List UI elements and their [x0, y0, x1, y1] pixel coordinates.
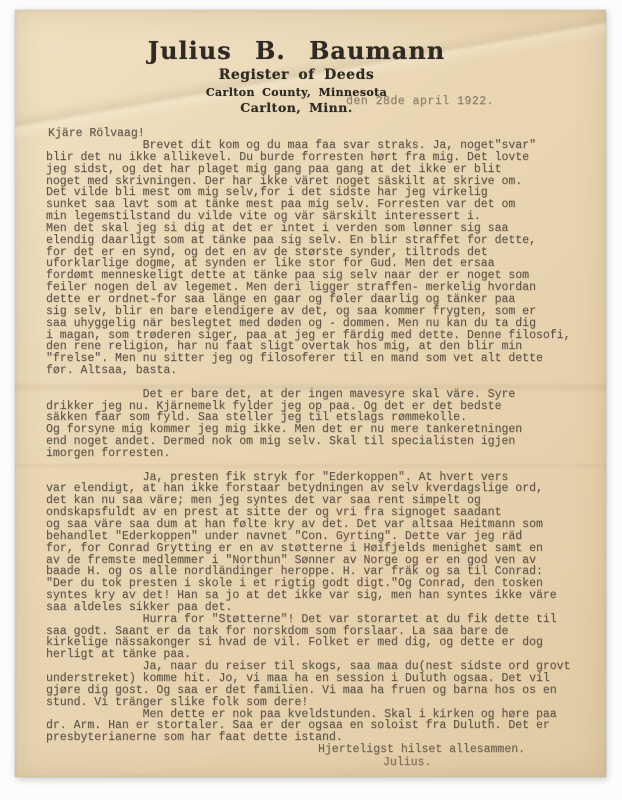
letterhead-city: Carlton, Minn.	[1, 101, 592, 115]
letterhead-name: Julius B. Baumann	[1, 38, 592, 64]
scan-background: Julius B. Baumann Register of Deeds Carl…	[0, 0, 622, 800]
letterhead: Julius B. Baumann Register of Deeds Carl…	[1, 38, 592, 115]
letter-closing: Hjerteligst hilset allesammen.	[318, 744, 525, 756]
letter-signature: Julius.	[383, 757, 431, 769]
letterhead-county: Carlton County, Minnesota	[1, 86, 592, 99]
letter-paper: Julius B. Baumann Register of Deeds Carl…	[15, 10, 606, 777]
letter-date: den 28de april 1922.	[346, 96, 494, 108]
letterhead-title: Register of Deeds	[1, 67, 592, 83]
letter-body: Brevet dit kom og du maa faa svar straks…	[46, 140, 571, 744]
